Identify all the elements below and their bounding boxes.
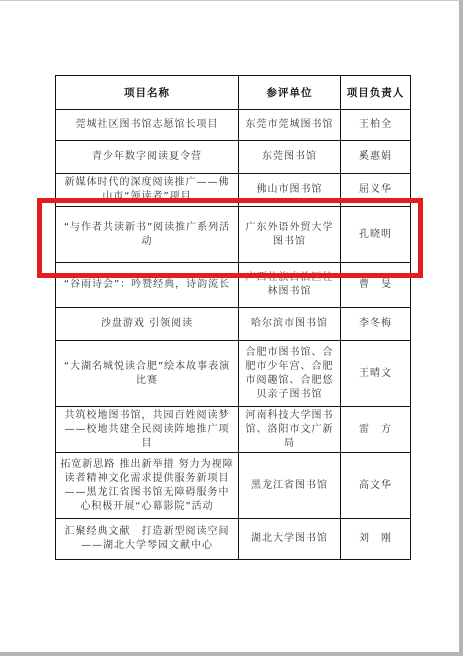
cell-leader: 曹 旻 (341, 263, 411, 308)
cell-project: “大湖名城悦读合肥”绘本故事表演比赛 (56, 341, 239, 407)
header-leader: 项目负责人 (341, 76, 411, 110)
table-row: 汇聚经典文献 打造新型阅读空间——湖北大学琴园文献中心 湖北大学图书馆 刘 刚 (56, 519, 411, 560)
cell-project: 汇聚经典文献 打造新型阅读空间——湖北大学琴园文献中心 (56, 519, 239, 560)
header-unit: 参评单位 (239, 76, 341, 110)
cell-project: “与作者共读新书”阅读推广系列活动 (56, 207, 239, 263)
cell-unit: 佛山市图书馆 (239, 174, 341, 207)
cell-unit: 黑龙江省图书馆 (239, 453, 341, 519)
cell-leader: 王晴文 (341, 341, 411, 407)
cell-project: 沙盘游戏 引领阅读 (56, 308, 239, 341)
header-project-name: 项目名称 (56, 76, 239, 110)
table-header-row: 项目名称 参评单位 项目负责人 (56, 76, 411, 110)
table-row: 莞城社区图书馆志愿馆长项目 东莞市莞城图书馆 王柏全 (56, 110, 411, 141)
cell-unit: 合肥市图书馆、合肥市少年宫、合肥市阅趣馆、合肥悠贝亲子图书馆 (239, 341, 341, 407)
cell-project: 拓宽新思路 推出新举措 努力为视障读者精神文化需求提供服务新项目——黑龙江省图书… (56, 453, 239, 519)
table-row: 新媒体时代的深度阅读推广——佛山市“领读者”项目 佛山市图书馆 屈义华 (56, 174, 411, 207)
cell-leader: 高文华 (341, 453, 411, 519)
table-row: 沙盘游戏 引领阅读 哈尔滨市图书馆 李冬梅 (56, 308, 411, 341)
table-row: “谷雨诗会”：吟赞经典，诗韵流长 广西壮族自治区桂林图书馆 曹 旻 (56, 263, 411, 308)
cell-project: 青少年数字阅读夏令营 (56, 141, 239, 174)
cell-unit: 东莞图书馆 (239, 141, 341, 174)
cell-unit: 东莞市莞城图书馆 (239, 110, 341, 141)
cell-project: “谷雨诗会”：吟赞经典，诗韵流长 (56, 263, 239, 308)
cell-leader: 雷 方 (341, 407, 411, 453)
table-row-highlighted: “与作者共读新书”阅读推广系列活动 广东外语外贸大学图书馆 孔晓明 (56, 207, 411, 263)
cell-project: 新媒体时代的深度阅读推广——佛山市“领读者”项目 (56, 174, 239, 207)
cell-project: 莞城社区图书馆志愿馆长项目 (56, 110, 239, 141)
table-row: “大湖名城悦读合肥”绘本故事表演比赛 合肥市图书馆、合肥市少年宫、合肥市阅趣馆、… (56, 341, 411, 407)
cell-leader: 孔晓明 (341, 207, 411, 263)
table-row: 拓宽新思路 推出新举措 努力为视障读者精神文化需求提供服务新项目——黑龙江省图书… (56, 453, 411, 519)
cell-leader: 奚惠娟 (341, 141, 411, 174)
cell-leader: 屈义华 (341, 174, 411, 207)
cell-unit: 湖北大学图书馆 (239, 519, 341, 560)
cell-leader: 刘 刚 (341, 519, 411, 560)
cell-unit: 广东外语外贸大学图书馆 (239, 207, 341, 263)
cell-unit: 广西壮族自治区桂林图书馆 (239, 263, 341, 308)
cell-unit: 河南科技大学图书馆、洛阳市文广新局 (239, 407, 341, 453)
project-table: 项目名称 参评单位 项目负责人 莞城社区图书馆志愿馆长项目 东莞市莞城图书馆 王… (55, 75, 411, 560)
cell-leader: 王柏全 (341, 110, 411, 141)
table-row: 青少年数字阅读夏令营 东莞图书馆 奚惠娟 (56, 141, 411, 174)
cell-project: 共筑校地图书馆，共园百姓阅读梦——校地共建全民阅读阵地推广项目 (56, 407, 239, 453)
table-row: 共筑校地图书馆，共园百姓阅读梦——校地共建全民阅读阵地推广项目 河南科技大学图书… (56, 407, 411, 453)
document-page: 项目名称 参评单位 项目负责人 莞城社区图书馆志愿馆长项目 东莞市莞城图书馆 王… (0, 0, 463, 656)
cell-leader: 李冬梅 (341, 308, 411, 341)
cell-unit: 哈尔滨市图书馆 (239, 308, 341, 341)
